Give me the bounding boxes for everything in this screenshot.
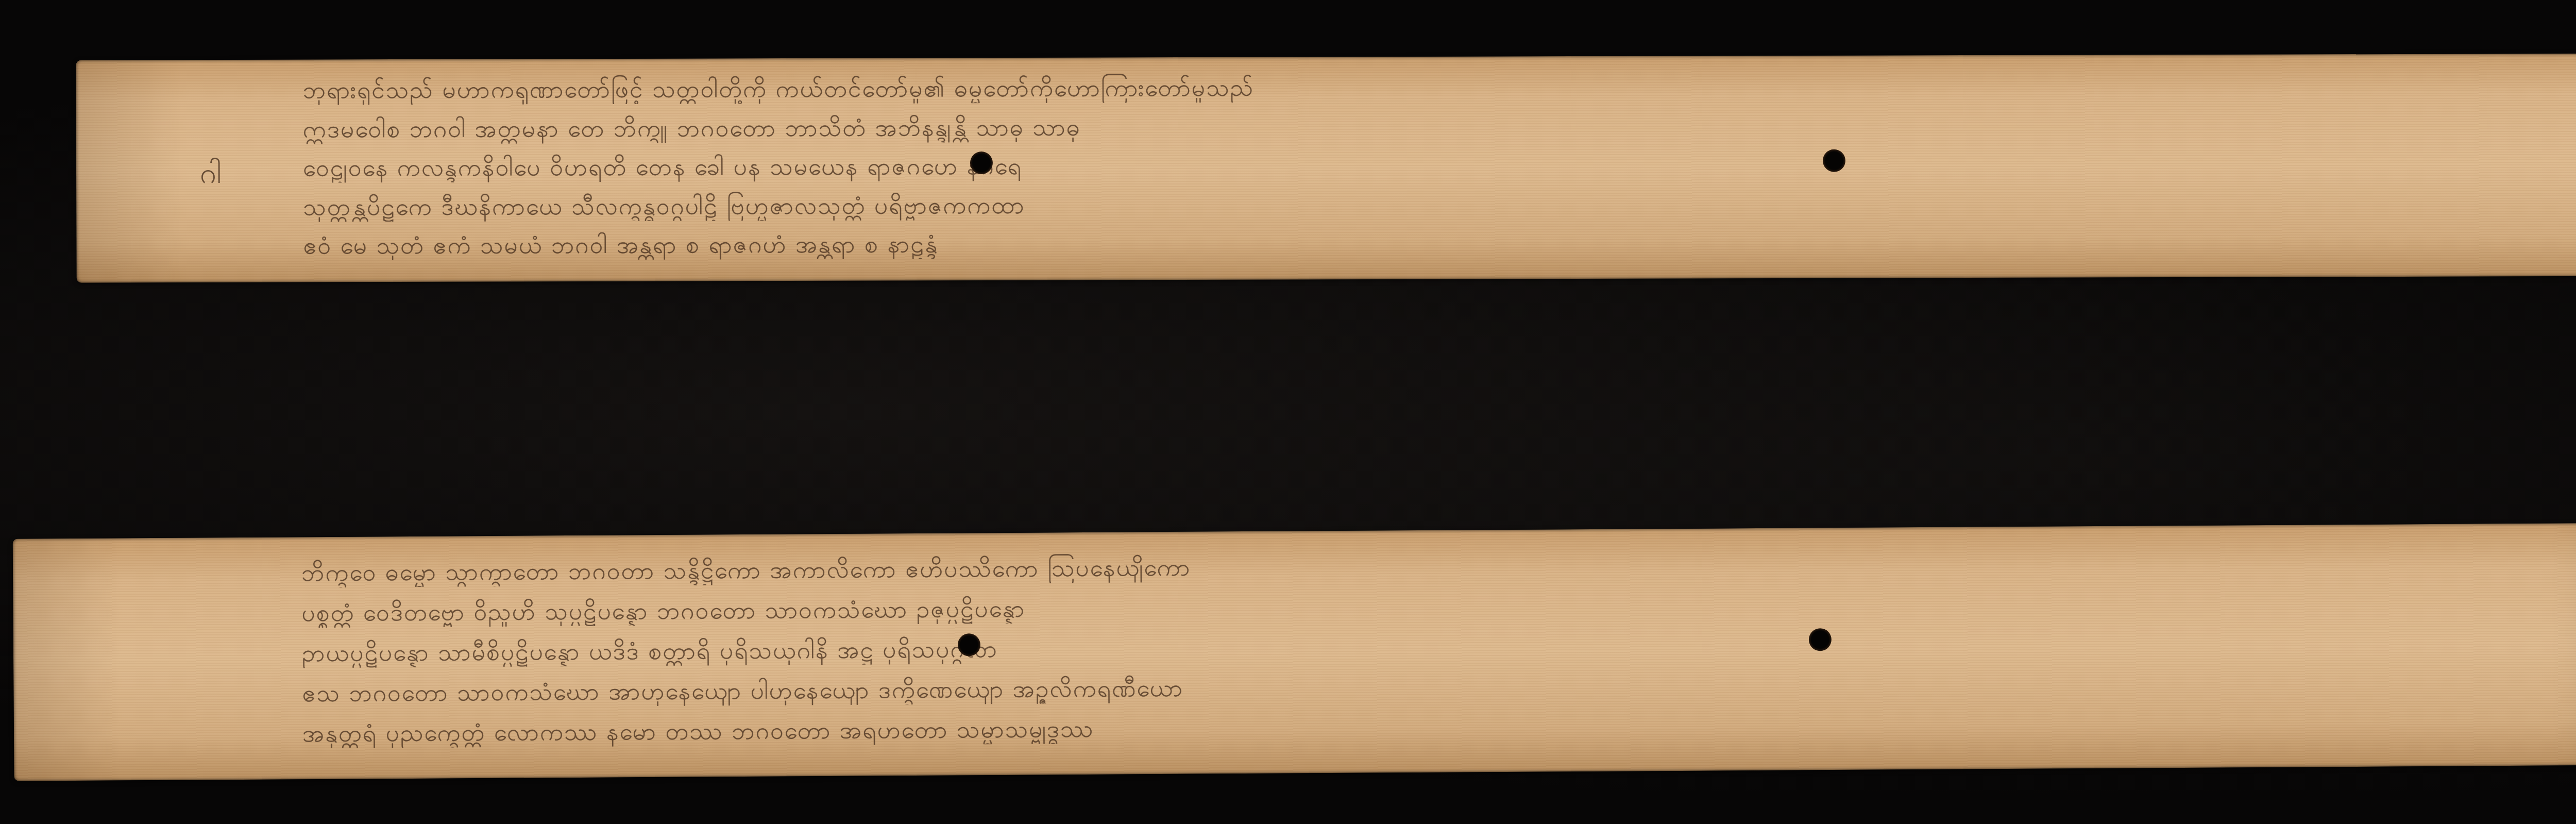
- text-line: ဣဒမဝေါစ ဘဂဝါ အတ္တမနာ တေ ဘိက္ခူ ဘဂဝတော ဘာ…: [303, 109, 2294, 144]
- palm-leaf-folio-bottom: ဘိက္ခဝေ ဓမ္မော သွာက္ခာတော ဘဂဝတာ သန္ဒိဋ္ဌ…: [13, 523, 2576, 781]
- string-hole: [1809, 628, 1832, 651]
- text-line: ဉာယပ္ပဋိပန္နော သာမီစိပ္ပဋိပန္နော ယဒိဒံ စ…: [302, 626, 2275, 668]
- text-line: ဝေဠုဝနေ ကလန္ဒကနိဝါပေ ဝိဟရတိ တေန ခေါ ပန သ…: [303, 147, 2294, 182]
- incised-text-block: ဘိက္ခဝေ ဓမ္မော သွာက္ခာတော ဘဂဝတာ သန္ဒိဋ္ဌ…: [301, 546, 2276, 748]
- string-hole: [1823, 149, 1845, 172]
- string-hole: [958, 633, 980, 656]
- text-line: ဧသ ဘဂဝတော သာဝကသံဃော အာဟုနေယျော ပါဟုနေယျေ…: [302, 666, 2275, 708]
- text-line: ပစ္စတ္တံ ဝေဒိတဗ္ဗော ဝိညူဟိ သုပ္ပဋိပန္နော…: [301, 586, 2275, 628]
- text-line: ဧဝံ မေ သုတံ ဧကံ သမယံ ဘဂဝါ အန္တရာ စ ရာဇဂဟ…: [303, 225, 2294, 260]
- text-line: အနုတ္တရံ ပုညက္ခေတ္တံ လောကဿ နမော တဿ ဘဂဝတေ…: [302, 707, 2276, 748]
- text-line: ဘိက္ခဝေ ဓမ္မော သွာက္ခာတော ဘဂဝတာ သန္ဒိဋ္ဌ…: [301, 546, 2275, 587]
- palm-leaf-folio-top: ဂါ ဘုရားရှင်သည် မဟာကရုဏာတော်ဖြင့် သတ္တဝါ…: [76, 53, 2576, 282]
- folio-number-mark: ဂါ: [200, 155, 222, 197]
- text-line: ဘုရားရှင်သည် မဟာကရုဏာတော်ဖြင့် သတ္တဝါတို…: [303, 70, 2294, 105]
- incised-text-block: ဘုရားရှင်သည် မဟာကရုဏာတော်ဖြင့် သတ္တဝါတို…: [303, 70, 2295, 260]
- string-hole: [970, 152, 993, 174]
- text-line: သုတ္တန္တပိဋကေ ဒီဃနိကာယေ သီလက္ခန္ဓဝဂ္ဂပါဠ…: [303, 187, 2294, 222]
